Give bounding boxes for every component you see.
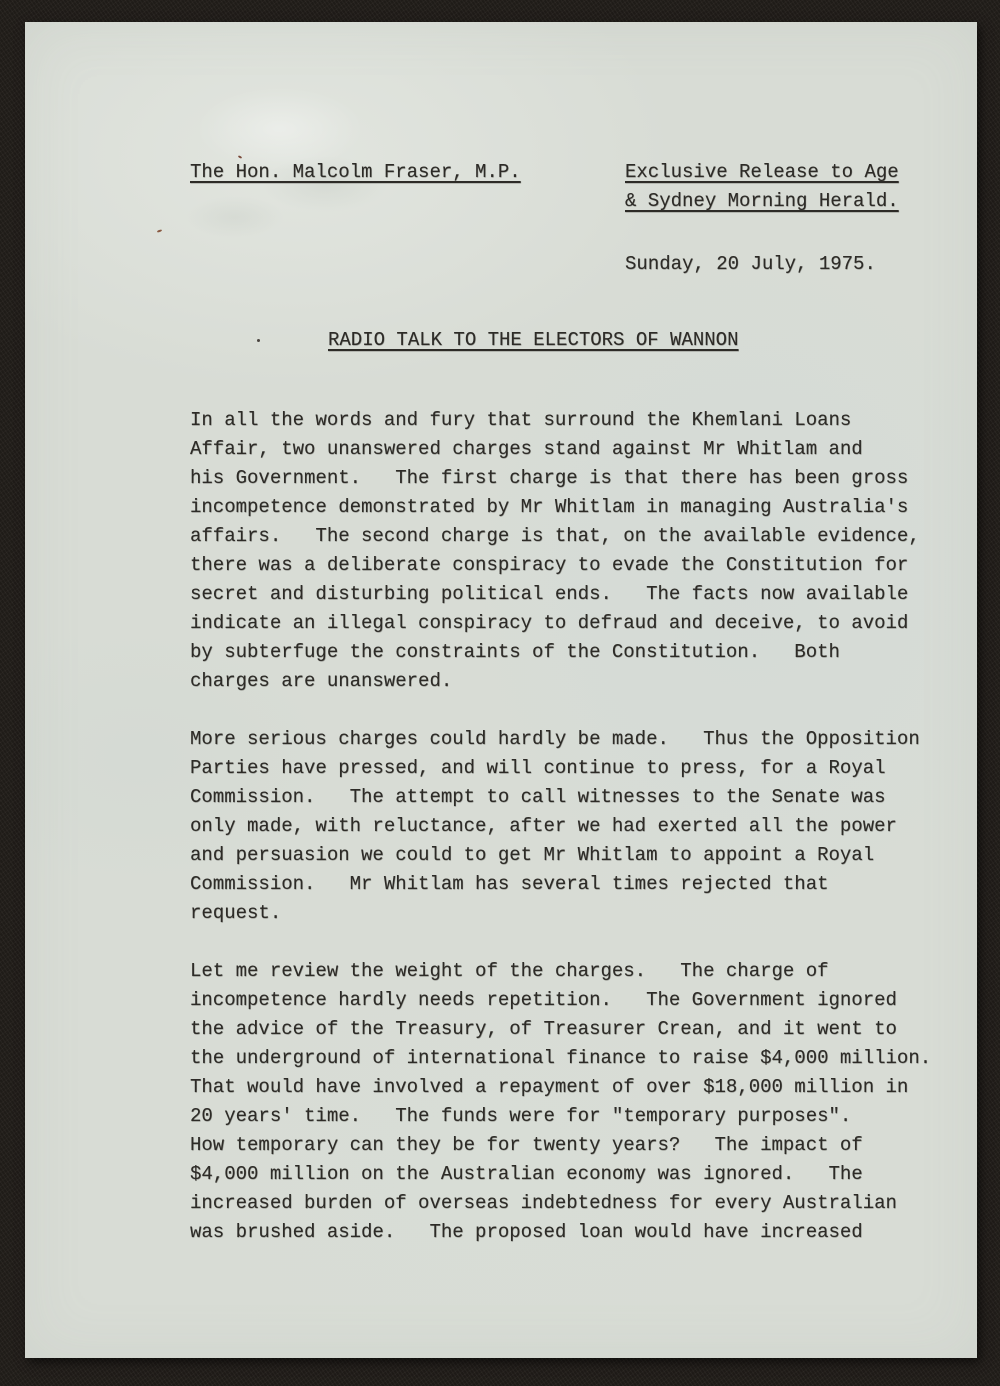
document-title: RADIO TALK TO THE ELECTORS OF WANNON	[328, 326, 738, 355]
document-body: In all the words and fury that surround …	[190, 406, 980, 1276]
paper-speck	[157, 229, 162, 233]
date-line: Sunday, 20 July, 1975.	[625, 250, 876, 279]
release-note: Exclusive Release to Age & Sydney Mornin…	[625, 158, 899, 216]
release-note-line-2: & Sydney Morning Herald.	[625, 187, 899, 216]
paragraph-1: In all the words and fury that surround …	[190, 406, 980, 696]
paragraph-3: Let me review the weight of the charges.…	[190, 957, 980, 1247]
scanned-document-background: { "colors": { "mat_background": "#221e1a…	[0, 0, 1000, 1386]
paper-speck	[257, 339, 260, 342]
paragraph-2: More serious charges could hardly be mad…	[190, 725, 980, 928]
document-page: The Hon. Malcolm Fraser, M.P. Exclusive …	[25, 22, 977, 1358]
author-line: The Hon. Malcolm Fraser, M.P.	[190, 158, 521, 187]
release-note-line-1: Exclusive Release to Age	[625, 158, 899, 187]
